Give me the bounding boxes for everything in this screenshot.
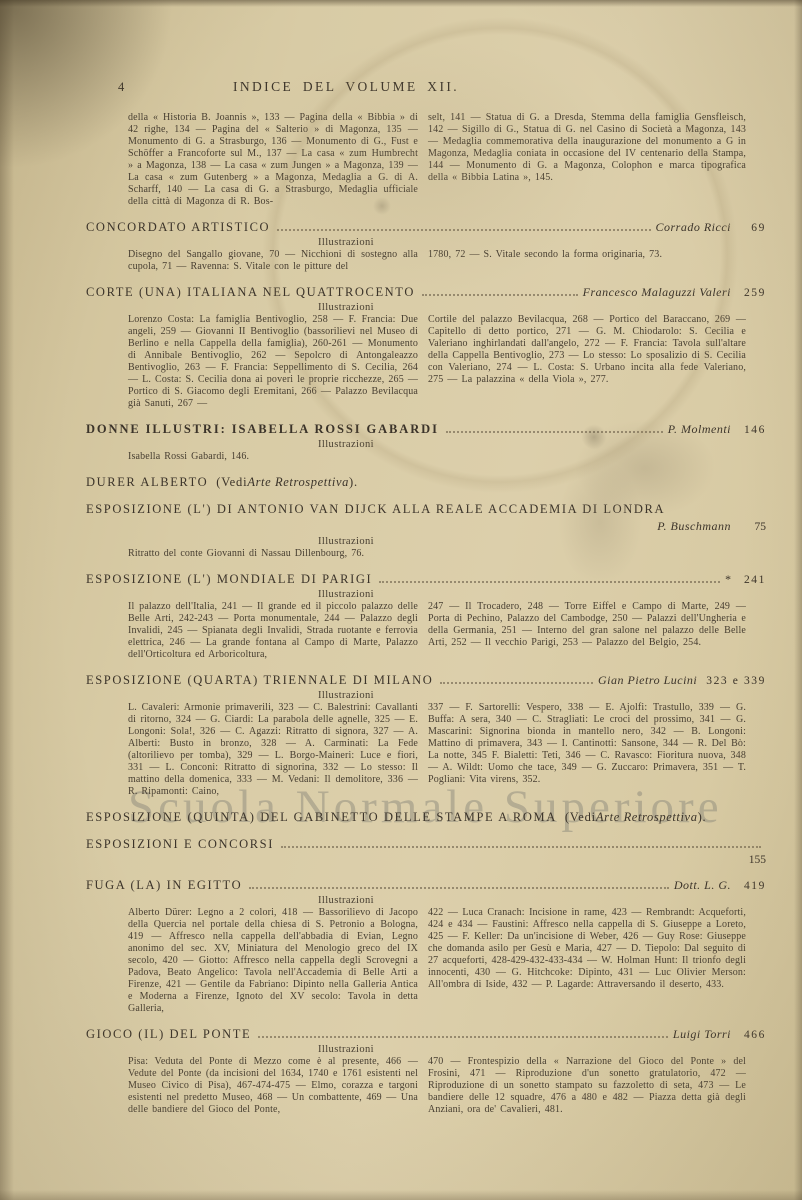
entry-title: FUGA (LA) IN EGITTO [86,878,242,893]
illustrations-label: Illustrazioni [86,302,606,313]
illustration-text-left: Il palazzo dell'Italia, 241 — Il grande … [128,601,418,661]
illustration-text-left: L. Cavaleri: Armonie primaverili, 323 — … [128,702,418,798]
illustration-text-left: Disegno del Sangallo giovane, 70 — Nicch… [128,249,418,273]
entry-author: P. Buschmann [657,519,731,534]
vedi-reference: Arte Retrospettiva [596,810,698,825]
index-entry-gioco-ponte: GIOCO (IL) DEL PONTE Luigi Torri 466 Ill… [86,1027,766,1116]
illustration-text-right: 422 — Luca Cranach: Incisione in rame, 4… [428,907,746,1015]
illustrations-label: Illustrazioni [86,237,606,248]
entry-page-number: 69 [740,222,766,234]
intro-text-right: selt, 141 — Statua di G. a Dresda, Stemm… [428,112,746,208]
dot-leaders [422,293,578,296]
index-entry-corte: CORTE (UNA) ITALIANA NEL QUATTROCENTO Fr… [86,285,766,410]
entry-author: Gian Pietro Lucini [598,673,697,688]
vedi-prefix: (Vedi [565,810,596,825]
illustration-text-left: Isabella Rossi Gabardi, 146. [128,451,418,463]
scanned-book-page: Scuola Normale Superiore 4 INDICE DEL VO… [0,0,802,1200]
entry-page-number: 75 [740,521,766,533]
dot-leaders [258,1035,668,1038]
illustrations-label: Illustrazioni [86,536,606,547]
index-entry-parigi: ESPOSIZIONE (L') MONDIALE DI PARIGI * 24… [86,572,766,661]
entry-title: ESPOSIZIONE (L') MONDIALE DI PARIGI [86,572,372,587]
vedi-suffix: ). [698,810,707,825]
index-entry-donne-illustri: DONNE ILLUSTRI: ISABELLA ROSSI GABARDI P… [86,422,766,463]
entry-author: Corrado Ricci [656,220,732,235]
dot-leaders [249,886,669,889]
entry-author: P. Molmenti [668,422,731,437]
entry-author: Dott. L. G. [674,878,731,893]
illustration-text-right: 470 — Frontespizio della « Narrazione de… [428,1056,746,1116]
entry-title: ESPOSIZIONE (QUARTA) TRIENNALE DI MILANO [86,673,433,688]
entry-page-number: 259 [740,287,766,299]
illustrations-label: Illustrazioni [86,690,606,701]
vedi-reference: Arte Retrospettiva [247,475,349,490]
index-entry-esposizioni-concorsi: ESPOSIZIONI E CONCORSI 155 [86,837,766,866]
page-header: 4 INDICE DEL VOLUME XII. [86,79,766,95]
entry-page-number: 241 [740,574,766,586]
entry-title: ESPOSIZIONE (QUINTA) DEL GABINETTO DELLE… [86,810,557,825]
entry-author: Luigi Torri [673,1027,731,1042]
illustration-text-left: Ritratto del conte Giovanni di Nassau Di… [128,548,418,560]
entry-title: DURER ALBERTO [86,475,208,490]
dot-leaders [446,430,663,433]
dot-leaders [277,228,650,231]
dot-leaders [440,681,593,684]
illustration-text-right: Cortile del palazzo Bevilacqua, 268 — Po… [428,314,746,410]
index-entry-milano: ESPOSIZIONE (QUARTA) TRIENNALE DI MILANO… [86,673,766,798]
illustration-text-right: 247 — Il Trocadero, 248 — Torre Eiffel e… [428,601,746,661]
illustration-text-right: 1780, 72 — S. Vitale secondo la forma or… [428,249,746,273]
entry-author: Francesco Malaguzzi Valeri [583,285,731,300]
index-entry-concordato: CONCORDATO ARTISTICO Corrado Ricci 69 Il… [86,220,766,273]
entry-author: * [725,572,732,587]
entry-title: CORTE (UNA) ITALIANA NEL QUATTROCENTO [86,285,415,300]
entry-page-number: 466 [740,1029,766,1041]
intro-text-left: della « Historia B. Joannis », 133 — Pag… [128,112,418,208]
illustrations-label: Illustrazioni [86,439,606,450]
vedi-prefix: (Vedi [216,475,247,490]
page-content: 4 INDICE DEL VOLUME XII. della « Histori… [86,0,766,1116]
entry-title: ESPOSIZIONE (L') DI ANTONIO VAN DIJCK AL… [86,502,665,516]
illustrations-label: Illustrazioni [86,589,606,600]
index-entry-durer: DURER ALBERTO (Vedi Arte Retrospettiva )… [86,475,766,490]
entry-page-number: 419 [740,880,766,892]
entry-page-number: 146 [740,424,766,436]
index-entry-fuga-egitto: FUGA (LA) IN EGITTO Dott. L. G. 419 Illu… [86,878,766,1015]
entry-title: ESPOSIZIONI E CONCORSI [86,837,274,852]
intro-continuation: della « Historia B. Joannis », 133 — Pag… [128,112,766,208]
illustration-text-right: 337 — F. Sartorelli: Vespero, 338 — E. A… [428,702,746,798]
dot-leaders [379,580,719,583]
header-title: INDICE DEL VOLUME XII. [86,79,606,95]
entry-title: DONNE ILLUSTRI: ISABELLA ROSSI GABARDI [86,422,439,437]
entry-page-number: 155 [740,854,766,866]
illustrations-label: Illustrazioni [86,895,606,906]
entry-title: GIOCO (IL) DEL PONTE [86,1027,251,1042]
vedi-suffix: ). [349,475,358,490]
entry-page-number: 323 e 339 [706,675,766,687]
illustration-text-left: Alberto Dürer: Legno a 2 colori, 418 — B… [128,907,418,1015]
illustrations-label: Illustrazioni [86,1044,606,1055]
illustration-text-left: Lorenzo Costa: La famiglia Bentivoglio, … [128,314,418,410]
illustration-text-left: Pisa: Veduta del Ponte di Mezzo come è a… [128,1056,418,1116]
index-entry-van-dijck: ESPOSIZIONE (L') DI ANTONIO VAN DIJCK AL… [86,502,766,560]
dot-leaders [281,845,761,848]
index-entry-gabinetto-stampe: ESPOSIZIONE (QUINTA) DEL GABINETTO DELLE… [86,810,766,825]
entry-title: CONCORDATO ARTISTICO [86,220,270,235]
